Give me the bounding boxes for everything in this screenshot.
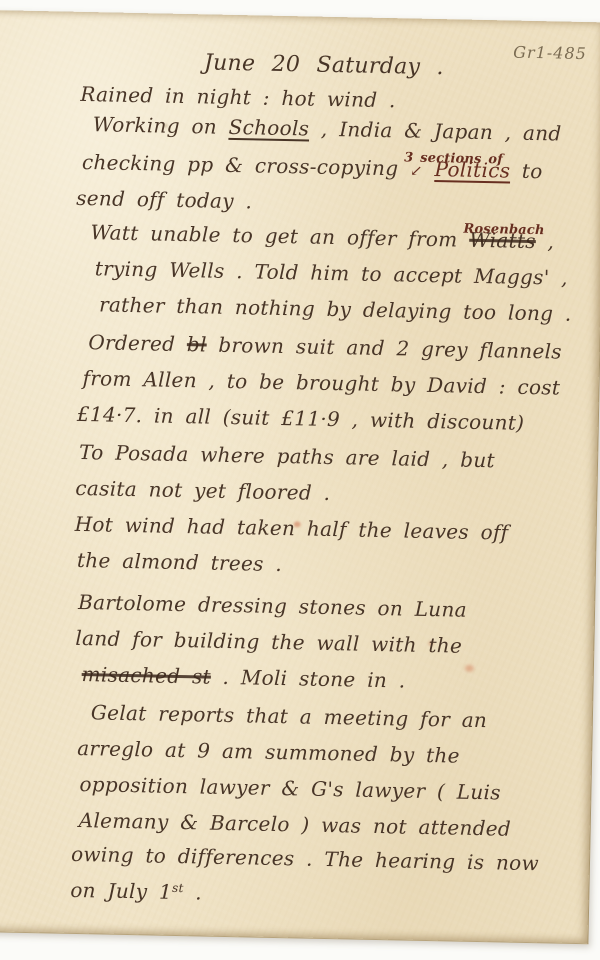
handwritten-line-12: To Posada where paths are laid , but (79, 440, 495, 472)
text-segment: Bartolome dressing stones on Luna (78, 590, 467, 622)
handwritten-line-16: Bartolome dressing stones on Luna (78, 590, 467, 622)
text-segment: Alemany & Barcelo ) was not attended (79, 808, 512, 841)
text-segment: June 20 Saturday . (204, 50, 444, 80)
handwritten-line-10: from Allen , to be brought by David : co… (82, 366, 560, 400)
handwritten-line-23: owing to differences . The hearing is no… (71, 842, 539, 875)
text-layer: June 20 Saturday .Rained in night : hot … (0, 10, 600, 943)
text-segment: opposition lawyer & G's lawyer ( Luis (79, 772, 501, 804)
handwritten-line-8: rather than nothing by delaying too long… (99, 292, 572, 325)
text-segment: To Posada where paths are laid , but (79, 440, 495, 472)
text-segment: Watt unable to get an offer from (90, 220, 469, 252)
text-segment-strike: misached st (81, 662, 211, 689)
handwritten-line-19: Gelat reports that a meeting for an (91, 700, 488, 732)
text-segment: Rained in night : hot wind . (80, 82, 396, 112)
handwritten-line-13: casita not yet floored . (75, 476, 330, 505)
handwritten-line-9: Ordered bl brown suit and 2 grey flannel… (88, 330, 562, 364)
text-segment-strike: bl (187, 332, 207, 356)
text-segment: arreglo at 9 am summoned by the (77, 736, 460, 768)
text-segment: to (510, 159, 543, 184)
handwritten-line-7: trying Wells . Told him to accept Maggs'… (95, 256, 568, 289)
text-segment: Ordered (88, 330, 187, 356)
text-segment: £14·7. in all (suit £11·9 , with discoun… (77, 402, 525, 435)
handwritten-line-21: opposition lawyer & G's lawyer ( Luis (79, 772, 501, 804)
scanned-diary-page: Gr1-485 June 20 Saturday .Rained in nigh… (0, 0, 600, 960)
handwritten-line-14: Hot wind had taken half the leaves off (74, 512, 508, 545)
text-segment: checking pp & cross-copying (82, 150, 410, 181)
paper-sheet: Gr1-485 June 20 Saturday .Rained in nigh… (0, 10, 600, 944)
text-segment: the almond trees . (77, 548, 283, 576)
text-segment: casita not yet floored . (75, 476, 330, 505)
handwritten-line-15: the almond trees . (77, 548, 283, 576)
text-segment: land for building the wall with the (75, 626, 462, 658)
entry-date-heading: June 20 Saturday . (204, 50, 444, 80)
handwritten-line-11: £14·7. in all (suit £11·9 , with discoun… (77, 402, 525, 435)
handwritten-line-20: arreglo at 9 am summoned by the (77, 736, 460, 768)
handwritten-line-22: Alemany & Barcelo ) was not attended (79, 808, 512, 841)
handwritten-line-4: checking pp & cross-copying 3 sections o… (82, 150, 543, 183)
handwritten-line-6: Watt unable to get an offer from Rosenba… (90, 220, 554, 253)
text-segment: . (183, 880, 202, 904)
handwritten-line-17: land for building the wall with the (75, 626, 462, 658)
text-segment: trying Wells . Told him to accept Maggs'… (95, 256, 568, 289)
text-segment: rather than nothing by delaying too long… (99, 292, 572, 325)
text-segment: , India & Japan , and (309, 117, 562, 146)
text-segment-u: Schools (228, 115, 309, 141)
text-segment-sup: st (172, 881, 184, 895)
handwritten-line-24: on July 1st . (70, 878, 202, 905)
text-segment: Gelat reports that a meeting for an (91, 700, 488, 732)
handwritten-line-3: Working on Schools , India & Japan , and (92, 112, 561, 145)
text-segment: brown suit and 2 grey flannels (206, 332, 562, 363)
text-segment: on July 1 (70, 878, 172, 904)
text-segment: . Moli stone in . (211, 665, 406, 693)
handwritten-line-18: misached st . Moli stone in . (81, 662, 405, 692)
text-segment: Hot wind had taken half the leaves off (74, 512, 508, 545)
text-segment: Working on (92, 112, 228, 139)
text-segment: owing to differences . The hearing is no… (71, 842, 539, 875)
scan-background: { "manuscript": { "archive_ref": "Gr1-48… (0, 0, 600, 960)
text-segment: from Allen , to be brought by David : co… (82, 366, 560, 400)
handwritten-line-5: send off today . (76, 186, 252, 214)
text-segment: send off today . (76, 186, 252, 214)
handwritten-line-2: Rained in night : hot wind . (80, 82, 396, 112)
